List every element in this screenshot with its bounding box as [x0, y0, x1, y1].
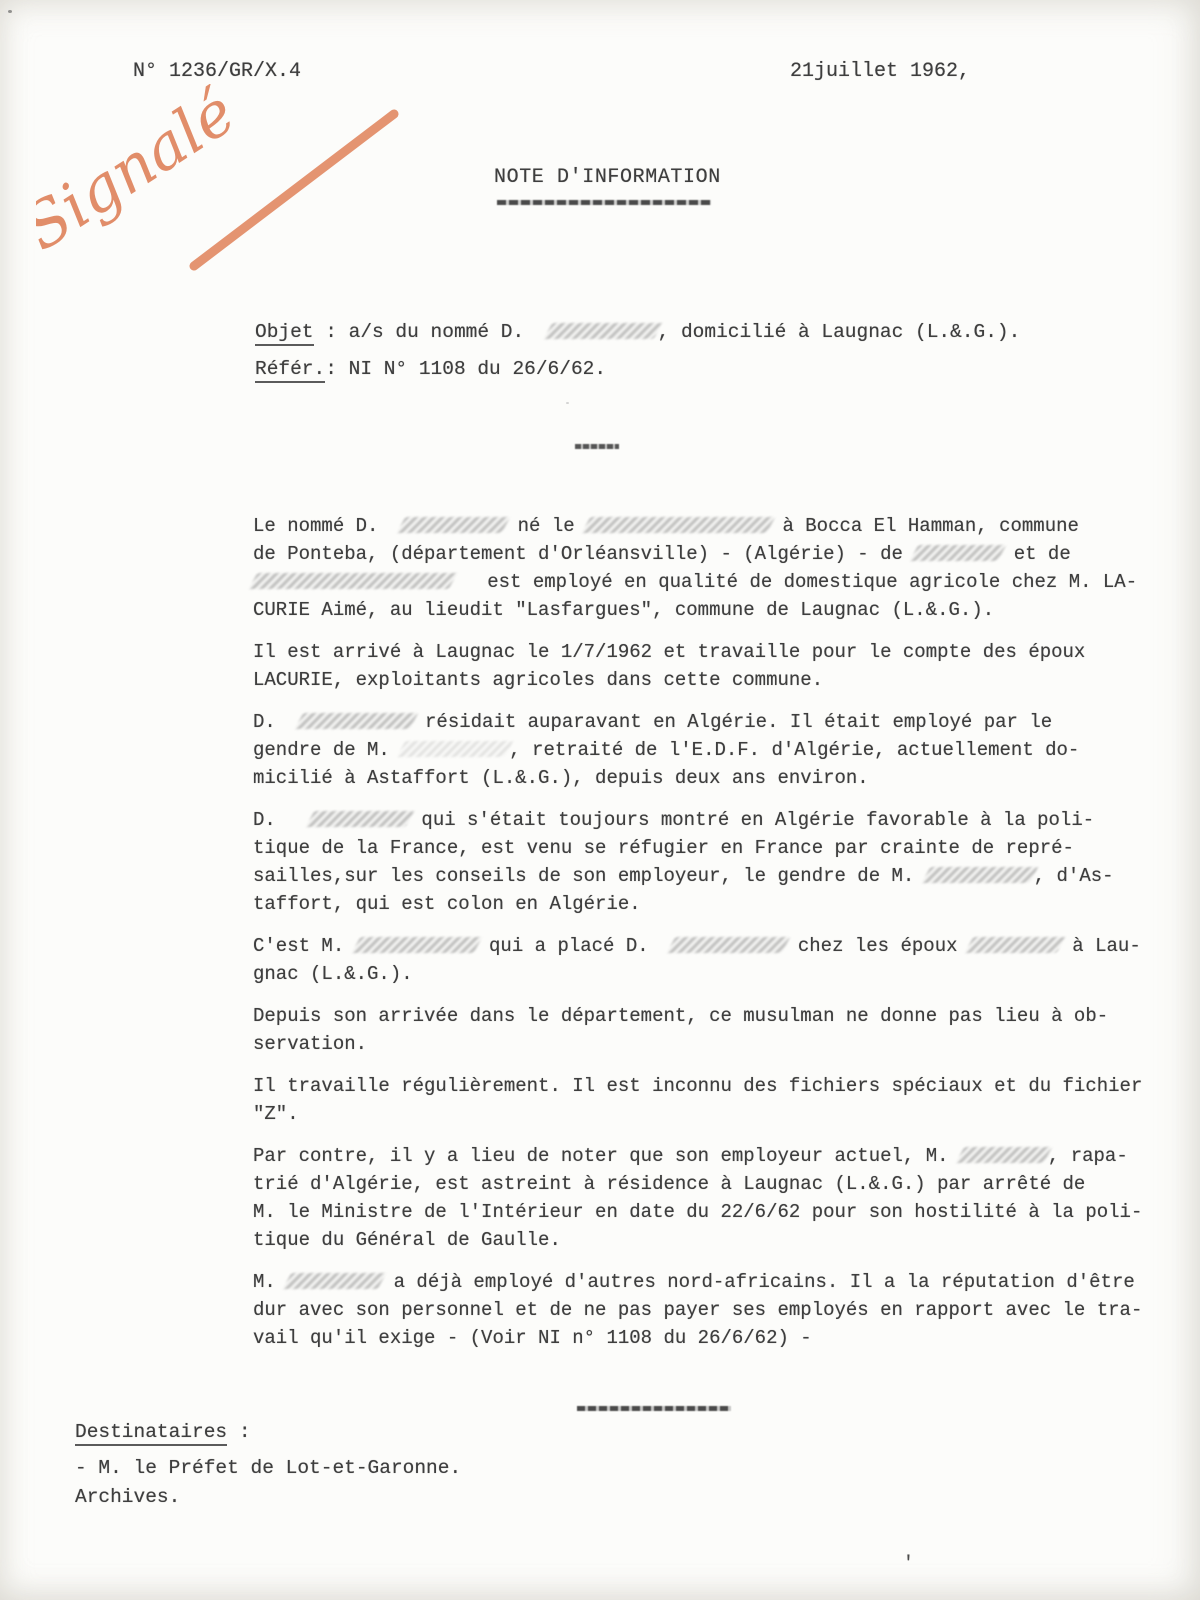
paragraph: Il est arrivé à Laugnac le 1/7/1962 et t…	[253, 638, 1142, 694]
paragraph: M. a déjà employé d'autres nord-africain…	[253, 1268, 1142, 1352]
text-run: : a/s du nommé D.	[314, 321, 525, 343]
text-run: , rapa-	[1048, 1145, 1128, 1167]
document-meta-block: Objet : a/s du nommé D. , domicilié à La…	[255, 314, 1020, 388]
paragraph: Depuis son arrivée dans le département, …	[253, 1002, 1142, 1058]
redaction-smudge	[965, 937, 1066, 953]
text-run	[276, 809, 310, 831]
redaction-smudge	[921, 867, 1038, 883]
stray-mark: '	[903, 1554, 914, 1574]
text-line: Par contre, il y a lieu de noter que son…	[253, 1142, 1142, 1170]
paragraph: Le nommé D. né le à Bocca El Hamman, com…	[253, 512, 1142, 624]
text-line: Il est arrivé à Laugnac le 1/7/1962 et t…	[253, 638, 1142, 666]
text-line: D. résidait auparavant en Algérie. Il ét…	[253, 708, 1142, 736]
text-run: : NI N° 1108 du 26/6/62.	[325, 358, 606, 380]
text-run: tique de la France, est venu se réfugier…	[253, 837, 1074, 859]
footer-block: Destinataires : - M. le Préfet de Lot-et…	[75, 1418, 461, 1512]
text-run: CURIE Aimé, au lieudit "Lasfargues", com…	[253, 599, 994, 621]
paragraph: D. qui s'était toujours montré en Algéri…	[253, 806, 1142, 918]
paragraph: D. résidait auparavant en Algérie. Il ét…	[253, 708, 1142, 792]
text-line: dur avec son personnel et de ne pas paye…	[253, 1296, 1142, 1324]
document-body: Le nommé D. né le à Bocca El Hamman, com…	[253, 512, 1142, 1366]
scanned-document-page: N° 1236/GR/X.4 21juillet 1962, Signalé N…	[0, 0, 1200, 1600]
text-line: tique du Général de Gaulle.	[253, 1226, 1142, 1254]
redaction-smudge	[543, 323, 662, 339]
text-run: Référ.	[255, 358, 325, 383]
text-line: trié d'Algérie, est astreint à résidence…	[253, 1170, 1142, 1198]
redaction-smudge	[397, 741, 514, 757]
text-run: est employé en qualité de domestique agr…	[453, 571, 1137, 593]
redaction-smudge	[667, 937, 791, 953]
text-line: vail qu'il exige - (Voir NI n° 1108 du 2…	[253, 1324, 1142, 1352]
redaction-smudge	[351, 937, 482, 953]
text-run: Depuis son arrivée dans le département, …	[253, 1005, 1108, 1027]
text-run: Il travaille régulièrement. Il est incon…	[253, 1075, 1142, 1097]
paragraph: Par contre, il y a lieu de noter que son…	[253, 1142, 1142, 1254]
text-run: LACURIE, exploitants agricoles dans cett…	[253, 669, 823, 691]
destinataires-heading: Destinataires :	[75, 1418, 461, 1447]
text-run: Objet	[255, 321, 314, 346]
redaction-smudge	[294, 713, 418, 729]
text-run: chez les époux	[786, 935, 968, 957]
scan-speck	[566, 402, 569, 404]
text-line: Le nommé D. né le à Bocca El Hamman, com…	[253, 512, 1142, 540]
text-line: M. a déjà employé d'autres nord-africain…	[253, 1268, 1142, 1296]
text-line: CURIE Aimé, au lieudit "Lasfargues", com…	[253, 596, 1142, 624]
footer-line: Archives.	[75, 1483, 461, 1512]
footer-line: - M. le Préfet de Lot-et-Garonne.	[75, 1454, 461, 1483]
text-line: Depuis son arrivée dans le département, …	[253, 1002, 1142, 1030]
text-run: Par contre, il y a lieu de noter que son…	[253, 1145, 960, 1167]
text-run: gendre de M.	[253, 739, 401, 761]
text-run: trié d'Algérie, est astreint à résidence…	[253, 1173, 1085, 1195]
text-run: dur avec son personnel et de ne pas paye…	[253, 1299, 1142, 1321]
text-line: taffort, qui est colon en Algérie.	[253, 890, 1142, 918]
redaction-smudge	[397, 517, 511, 533]
text-run: , d'As-	[1034, 865, 1114, 887]
text-run: né le	[506, 515, 586, 537]
text-run: Le nommé D.	[253, 515, 378, 537]
text-line: LACURIE, exploitants agricoles dans cett…	[253, 666, 1142, 694]
text-line: micilié à Astaffort (L.&.G.), depuis deu…	[253, 764, 1142, 792]
text-line: Objet : a/s du nommé D. , domicilié à La…	[255, 314, 1020, 351]
text-line: tique de la France, est venu se réfugier…	[253, 834, 1142, 862]
separator-dashes-top	[575, 444, 619, 449]
redaction-smudge	[910, 545, 1007, 561]
text-line: M. le Ministre de l'Intérieur en date du…	[253, 1198, 1142, 1226]
text-line: gendre de M. , retraité de l'E.D.F. d'Al…	[253, 736, 1142, 764]
text-run: taffort, qui est colon en Algérie.	[253, 893, 641, 915]
text-run: servation.	[253, 1033, 367, 1055]
text-line: gnac (L.&.G.).	[253, 960, 1142, 988]
text-run: M. le Ministre de l'Intérieur en date du…	[253, 1201, 1142, 1223]
paragraph: Il travaille régulièrement. Il est incon…	[253, 1072, 1142, 1128]
text-line: de Ponteba, (département d'Orléansville)…	[253, 540, 1142, 568]
text-run: , retraité de l'E.D.F. d'Algérie, actuel…	[509, 739, 1079, 761]
destinataires-label: Destinataires	[75, 1421, 227, 1446]
text-run: qui s'était toujours montré en Algérie f…	[410, 809, 1094, 831]
redaction-smudge	[582, 517, 776, 533]
title-underline-dashes	[497, 200, 711, 205]
text-run	[276, 711, 299, 733]
scan-speck	[8, 10, 12, 13]
text-run: D.	[253, 809, 276, 831]
separator-dashes-bottom	[577, 1406, 731, 1411]
destinataires-list: - M. le Préfet de Lot-et-Garonne.Archive…	[75, 1454, 461, 1512]
text-run: résidait auparavant en Algérie. Il était…	[414, 711, 1053, 733]
text-run: micilié à Astaffort (L.&.G.), depuis deu…	[253, 767, 869, 789]
text-line: sailles,sur les conseils de son employeu…	[253, 862, 1142, 890]
redaction-smudge	[956, 1147, 1053, 1163]
paragraph: C'est M. qui a placé D. chez les époux à…	[253, 932, 1142, 988]
text-run: à Lau-	[1061, 935, 1141, 957]
text-run: D.	[253, 711, 276, 733]
text-run: a déjà employé d'autres nord-africains. …	[382, 1271, 1135, 1293]
text-run: , domicilié à Laugnac (L.&.G.).	[658, 321, 1021, 343]
text-line: Il travaille régulièrement. Il est incon…	[253, 1072, 1142, 1100]
text-run	[378, 515, 401, 537]
text-line: "Z".	[253, 1100, 1142, 1128]
handwritten-signale-annotation: Signalé	[36, 84, 408, 276]
redaction-smudge	[306, 811, 415, 827]
document-reference-number: N° 1236/GR/X.4	[133, 60, 301, 83]
text-line: Référ.: NI N° 1108 du 26/6/62.	[255, 351, 1020, 388]
text-run: vail qu'il exige - (Voir NI n° 1108 du 2…	[253, 1327, 812, 1349]
redaction-smudge	[249, 573, 458, 589]
text-line: servation.	[253, 1030, 1142, 1058]
page-title: NOTE D'INFORMATION	[494, 166, 721, 189]
handwritten-word: Signalé	[36, 84, 248, 265]
text-run: M.	[253, 1271, 287, 1293]
text-run	[524, 321, 547, 343]
text-run: et de	[1002, 543, 1070, 565]
text-run: qui a placé D.	[478, 935, 649, 957]
text-line: est employé en qualité de domestique agr…	[253, 568, 1142, 596]
text-line: D. qui s'était toujours montré en Algéri…	[253, 806, 1142, 834]
text-run: tique du Général de Gaulle.	[253, 1229, 561, 1251]
redaction-smudge	[283, 1273, 387, 1289]
text-run: de Ponteba, (département d'Orléansville)…	[253, 543, 914, 565]
text-line: C'est M. qui a placé D. chez les époux à…	[253, 932, 1142, 960]
text-run: "Z".	[253, 1103, 299, 1125]
text-run: à Bocca El Hamman, commune	[771, 515, 1079, 537]
text-run: gnac (L.&.G.).	[253, 963, 413, 985]
text-run	[649, 935, 672, 957]
document-date: 21juillet 1962,	[790, 60, 970, 83]
destinataires-colon: :	[227, 1421, 250, 1443]
text-run: Il est arrivé à Laugnac le 1/7/1962 et t…	[253, 641, 1085, 663]
text-run: sailles,sur les conseils de son employeu…	[253, 865, 926, 887]
text-run: C'est M.	[253, 935, 356, 957]
